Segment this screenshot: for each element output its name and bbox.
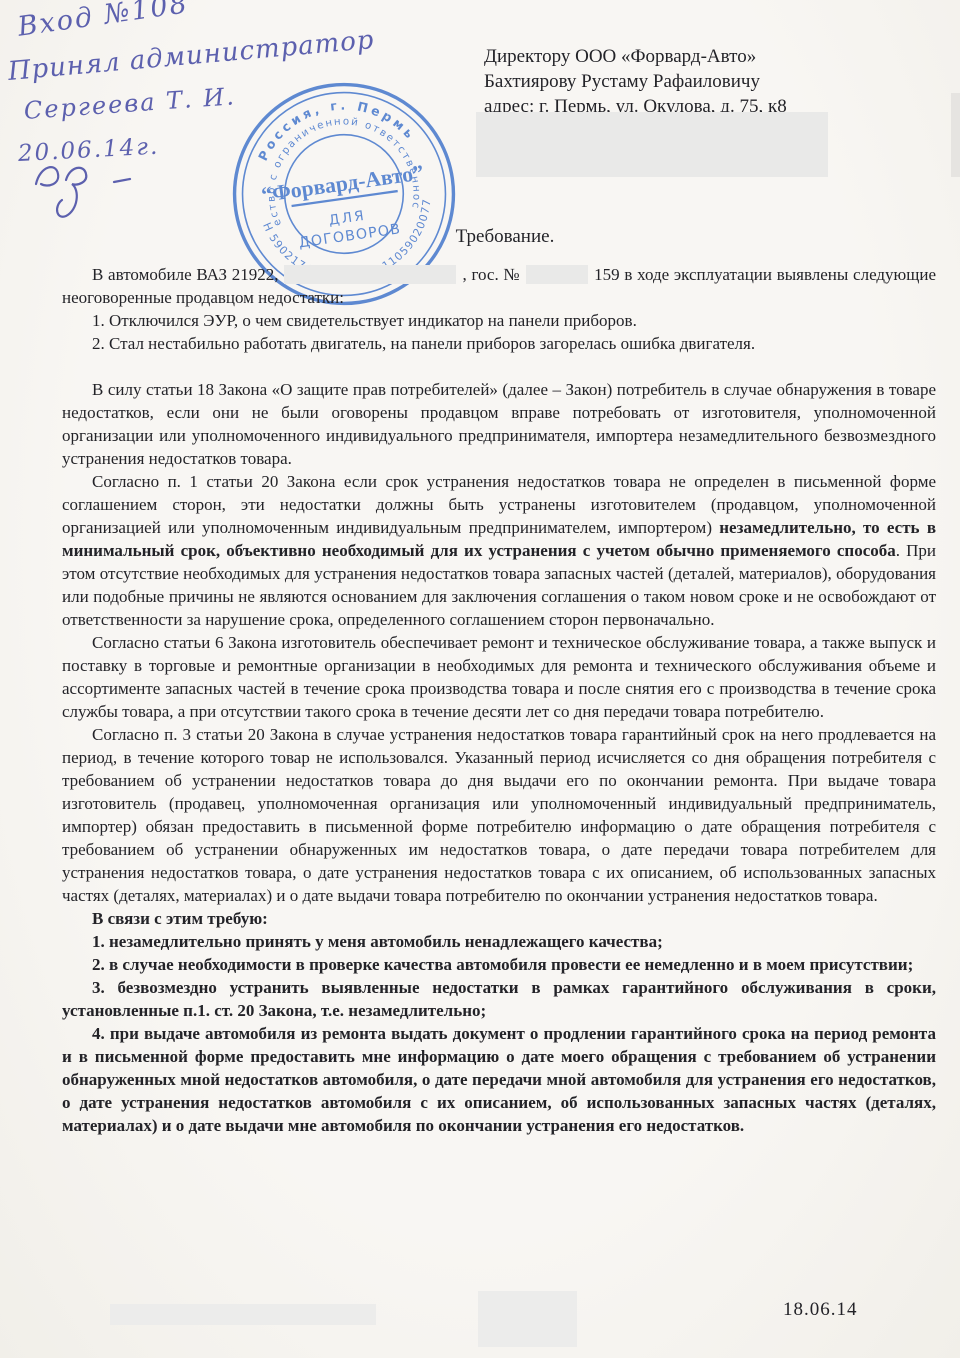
body-paragraph: 2. Стал нестабильно работать двигатель, …	[62, 332, 936, 355]
redaction-inline-plate	[526, 265, 588, 284]
document-date: 18.06.14	[783, 1299, 858, 1321]
redaction-box-sender	[476, 112, 828, 177]
recipient-block: Директору ООО «Форвард-Авто» Бахтиярову …	[484, 44, 787, 119]
body-paragraph: 1. Отключился ЭУР, о чем свидетельствует…	[62, 309, 936, 332]
paragraph-segment: Согласно п. 3 статьи 20 Закона в случае …	[62, 725, 936, 905]
recipient-position: Директору ООО «Форвард-Авто»	[484, 44, 787, 69]
recipient-name: Бахтиярову Рустаму Рафаиловичу	[484, 69, 787, 94]
redaction-box-signature-name	[110, 1304, 376, 1325]
paragraph-segment-bold: 2. в случае необходимости в проверке кач…	[92, 955, 913, 974]
paragraph-segment: 2. Стал нестабильно работать двигатель, …	[92, 334, 755, 353]
paragraph-segment: 1. Отключился ЭУР, о чем свидетельствует…	[92, 311, 637, 330]
handwritten-signature	[26, 154, 146, 224]
document-title: Требование.	[0, 226, 960, 248]
body-paragraph: 4. при выдаче автомобиля из ремонта выда…	[62, 1022, 936, 1137]
paragraph-segment-bold: В связи с этим требую:	[92, 909, 268, 928]
redaction-inline-vin	[284, 265, 456, 284]
body-paragraph: 2. в случае необходимости в проверке кач…	[62, 953, 936, 976]
body-paragraph: В связи с этим требую:	[62, 907, 936, 930]
intro-text-before: В автомобиле ВАЗ 21922,	[92, 265, 278, 284]
document-body: В автомобиле ВАЗ 21922,, гос. №159 в ход…	[62, 263, 936, 1137]
paragraph-segment: Согласно статьи 6 Закона изготовитель об…	[62, 633, 936, 721]
stamp-company-name: “Форвард-Авто”	[260, 160, 425, 207]
body-paragraph: Согласно п. 3 статьи 20 Закона в случае …	[62, 723, 936, 907]
paragraph-segment: В силу статьи 18 Закона «О защите прав п…	[62, 380, 936, 468]
scanned-document-page: Вход №108 Принял администратор Сергеева …	[0, 0, 960, 1358]
redaction-box-signature	[478, 1291, 577, 1347]
paragraph-segment-bold: 3. безвозмездно устранить выявленные нед…	[62, 978, 936, 1020]
body-paragraph: Согласно п. 1 статьи 20 Закона если срок…	[62, 470, 936, 631]
scan-edge-artifact	[951, 93, 960, 177]
paragraph-segment-bold: 1. незамедлительно принять у меня автомо…	[92, 932, 663, 951]
body-paragraph: В силу статьи 18 Закона «О защите прав п…	[62, 378, 936, 470]
body-paragraph: 1. незамедлительно принять у меня автомо…	[62, 930, 936, 953]
body-paragraph: Согласно статьи 6 Закона изготовитель об…	[62, 631, 936, 723]
paragraph-segment-bold: 4. при выдаче автомобиля из ремонта выда…	[62, 1024, 936, 1135]
intro-text-mid: , гос. №	[462, 265, 520, 284]
body-paragraph: 3. безвозмездно устранить выявленные нед…	[62, 976, 936, 1022]
intro-paragraph: В автомобиле ВАЗ 21922,, гос. №159 в ход…	[62, 263, 936, 309]
